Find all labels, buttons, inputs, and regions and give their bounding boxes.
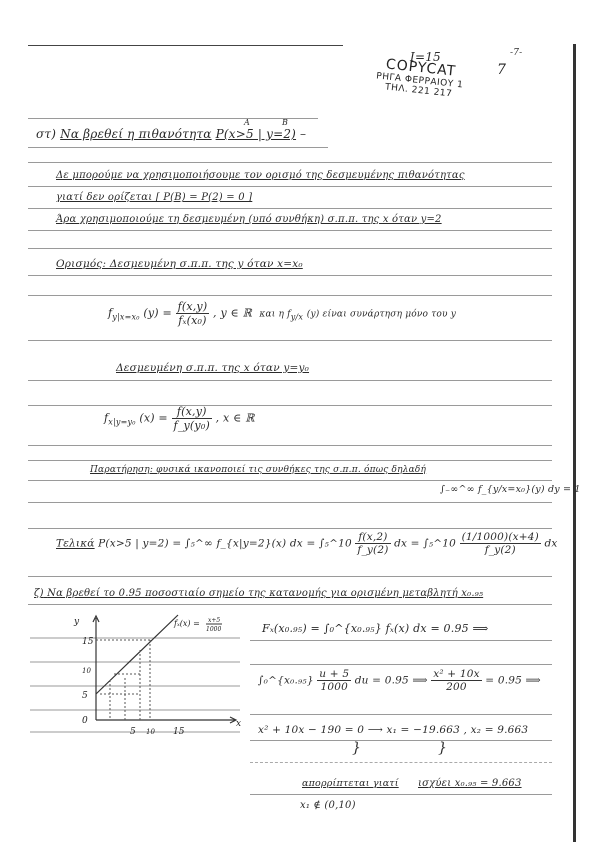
margin-bar [573, 44, 576, 842]
eq2-mid: du = 0.95 ⟹ [355, 675, 428, 687]
brace-1: } [352, 740, 361, 756]
reject-text: απορρίπτεται γιατί [302, 778, 399, 789]
rule [28, 480, 552, 481]
eq2-integral: ∫₀^{x₀.₉₅} [258, 675, 314, 687]
dashed-rule [250, 762, 552, 763]
pdf-graph: y 0 5 10 15 5 10 15 x fₓ(x) = x+5 1000 [30, 610, 245, 750]
copycat-stamp: COPYCAT ΡΗΓΑ ΦΕΡΡΑΙΟΥ 1 ΤΗΛ. 221 217 [370, 55, 469, 101]
top-rule [28, 45, 343, 46]
part-st-text: Να βρεθεί η πιθανότητα [60, 127, 211, 141]
def1-den: fₓ(x₀) [176, 314, 210, 327]
final-tail: dx [544, 538, 557, 550]
graph-curve-den: 1000 [206, 626, 221, 633]
page-marker: -7- [510, 48, 522, 58]
def1-note-sub: y/x [291, 313, 303, 322]
page-number: 7 [497, 62, 506, 78]
final-fraction-2: (1/1000)(x+4) f_y(2) [460, 531, 541, 556]
equation-2: ∫₀^{x₀.₉₅} u + 5 1000 du = 0.95 ⟹ x² + 1… [258, 668, 541, 693]
rule [28, 460, 552, 461]
rule [28, 118, 318, 119]
rule [28, 208, 552, 209]
definition-formula-2: fx|y=y₀ (x) = f(x,y) f_y(y₀) , x ∈ ℝ [104, 405, 255, 432]
eq2-den: 1000 [317, 681, 351, 693]
graph-y-label: y [73, 617, 80, 627]
definition-formula-1: fy|x=x₀ (y) = f(x,y) fₓ(x₀) , y ∈ ℝ και … [108, 300, 456, 327]
event-label-a: A [244, 118, 250, 127]
rule [250, 640, 552, 641]
graph-curve-num: x+5 [208, 617, 220, 624]
def2-fraction: f(x,y) f_y(y₀) [172, 405, 212, 432]
rule [28, 162, 552, 163]
rule [250, 740, 552, 741]
definition-title-2: Δεσμευμένη σ.π.π. της x όταν y=y₀ [116, 362, 309, 374]
part-st-label: στ) [36, 127, 56, 141]
part-st-heading: στ) Να βρεθεί η πιθανότητα P(x>5 | y=2) … [36, 127, 306, 141]
rule [28, 528, 552, 529]
eq2-num2: x² + 10x [431, 668, 482, 681]
graph-curve-label: fₓ(x) = [173, 619, 200, 628]
def1-lhs-sub: y|x=x₀ [112, 313, 139, 322]
event-label-b: B [282, 118, 288, 127]
paragraph-line-2: γιατί δεν ορίζεται [ P(B) = P(2) = 0 ] [56, 192, 252, 203]
part-z-text: Να βρεθεί το 0.95 ποσοστιαίο σημείο της … [47, 588, 483, 599]
def2-num: f(x,y) [172, 405, 212, 419]
rule [28, 186, 552, 187]
graph-y-tick-0: 0 [82, 716, 88, 726]
def1-note-tail: (y) είναι συνάρτηση μόνο του y [307, 310, 456, 320]
rule [28, 380, 552, 381]
rule [28, 248, 552, 249]
def2-lhs-arg: (x) = [139, 412, 168, 425]
eq2-den2: 200 [431, 681, 482, 693]
part-st-expression: P(x>5 | y=2) [216, 127, 296, 141]
rule [250, 714, 552, 715]
def1-note: και η f [259, 310, 290, 320]
paragraph-line-1: Δε μπορούμε να χρησιμοποιήσουμε τον ορισ… [56, 170, 465, 181]
rule [250, 794, 552, 795]
def2-den: f_y(y₀) [172, 419, 212, 432]
equation-3: x² + 10x − 190 = 0 ⟶ x₁ = −19.663 , x₂ =… [258, 724, 528, 736]
pdf-line [96, 615, 178, 694]
rule [28, 295, 552, 296]
part-z-label: ζ) [34, 588, 44, 599]
rule [28, 340, 552, 341]
remark-formula: ∫₋∞^∞ f_{y/x=x₀}(y) dy = 1 [440, 484, 581, 495]
rule [28, 604, 552, 605]
def2-domain: , x ∈ ℝ [216, 412, 255, 425]
graph-x-label: x [236, 719, 241, 729]
final-frac1-den: f_y(2) [355, 544, 390, 556]
graph-x-tick-5: 5 [130, 727, 136, 737]
final-frac2-num: (1/1000)(x+4) [460, 531, 541, 544]
reject-reason: x₁ ∉ (0,10) [300, 800, 356, 811]
equation-1: Fₓ(x₀.₉₅) = ∫₀^{x₀.₉₅} fₓ(x) dx = 0.95 ⟹ [262, 622, 489, 635]
final-fraction-1: f(x,2) f_y(2) [355, 531, 390, 556]
graph-x-tick-15: 15 [173, 727, 185, 737]
def1-num: f(x,y) [176, 300, 210, 314]
rule [28, 230, 552, 231]
def1-lhs-arg: (y) = [143, 307, 172, 320]
definition-title: Ορισμός: Δεσμευμένη σ.π.π. της y όταν x=… [56, 258, 303, 270]
final-frac2-den: f_y(2) [460, 544, 541, 556]
final-prefix: Τελικά [56, 538, 95, 550]
eq2-fraction-1: u + 5 1000 [317, 668, 351, 693]
final-expr: P(x>5 | y=2) = ∫₅^∞ f_{x|y=2}(x) dx = ∫₅… [98, 538, 352, 550]
graph-y-tick-10: 10 [82, 667, 91, 675]
rule [28, 576, 552, 577]
final-formula: Τελικά P(x>5 | y=2) = ∫₅^∞ f_{x|y=2}(x) … [56, 531, 558, 556]
def1-domain: , y ∈ ℝ [213, 307, 252, 320]
paragraph-line-3: Άρα χρησιμοποιούμε τη δεσμευμένη (υπό συ… [56, 214, 442, 225]
graph-x-tick-10: 10 [146, 728, 155, 736]
def1-fraction: f(x,y) fₓ(x₀) [176, 300, 210, 327]
rule [28, 147, 328, 148]
eq2-tail: = 0.95 ⟹ [485, 675, 541, 687]
accept-text: ισχύει x₀.₉₅ = 9.663 [418, 778, 522, 789]
rule [28, 275, 552, 276]
rule [28, 502, 552, 503]
graph-y-tick-15: 15 [82, 637, 94, 647]
rule [250, 664, 552, 665]
remark-text: Παρατήρηση: φυσικά ικανοποιεί τις συνθήκ… [90, 465, 426, 475]
graph-y-tick-5: 5 [82, 691, 88, 701]
def2-lhs-sub: x|y=y₀ [108, 418, 135, 427]
final-mid: dx = ∫₅^10 [394, 538, 456, 550]
part-z-heading: ζ) Να βρεθεί το 0.95 ποσοστιαίο σημείο τ… [34, 588, 483, 599]
brace-2: } [438, 740, 447, 756]
eq2-fraction-2: x² + 10x 200 [431, 668, 482, 693]
rule [28, 445, 552, 446]
eq2-num: u + 5 [317, 668, 351, 681]
final-frac1-num: f(x,2) [355, 531, 390, 544]
